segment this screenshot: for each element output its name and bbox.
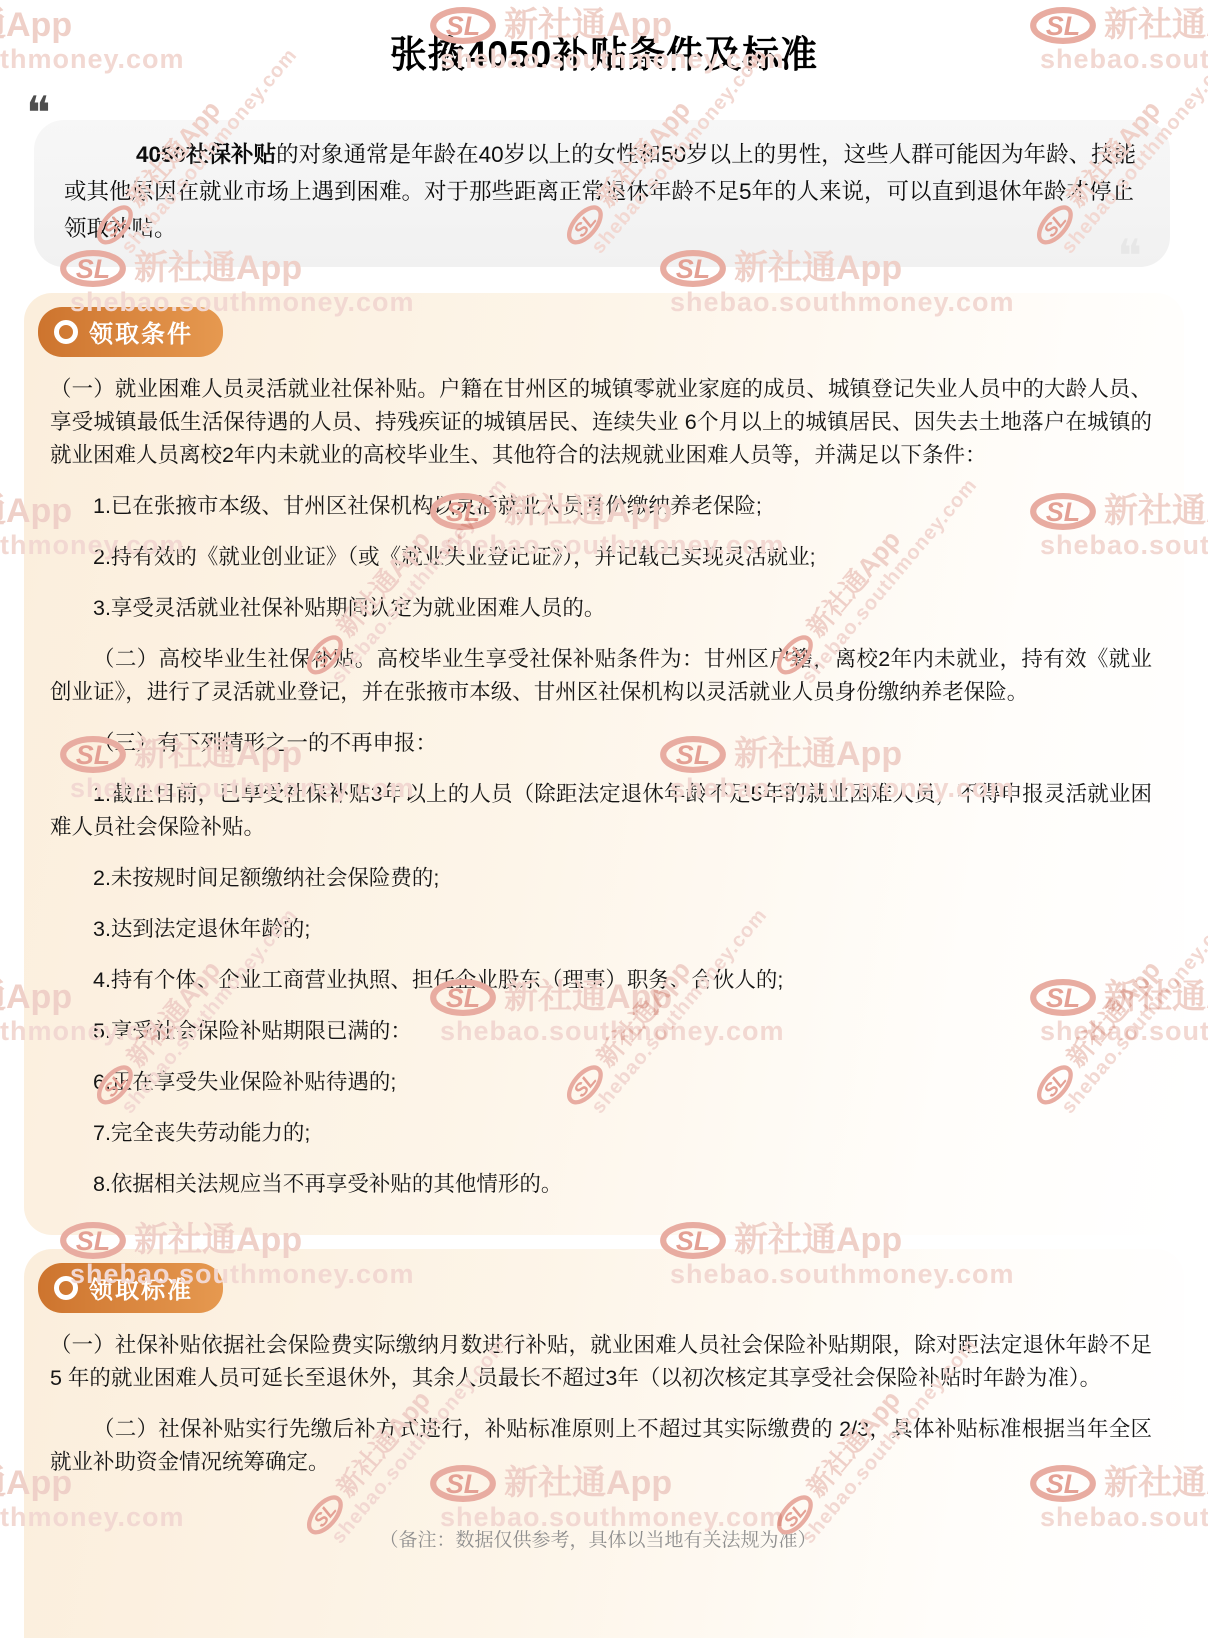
list-item: 2.未按规时间足额缴纳社会保险费的; <box>50 862 1152 895</box>
list-item: 7.完全丧失劳动能力的; <box>50 1117 1152 1150</box>
ring-icon <box>54 1276 78 1300</box>
standards-badge: 领取标准 <box>38 1263 223 1313</box>
list-item: 1.已在张掖市本级、甘州区社保机构以灵活就业人员身份缴纳养老保险; <box>50 490 1152 523</box>
close-quote-icon: ❝ <box>1117 233 1142 279</box>
intro-bold-text: 4050社保补贴 <box>136 142 276 167</box>
list-item: 8.依据相关法规应当不再享受补贴的其他情形的。 <box>50 1168 1152 1201</box>
paragraph: （一）社保补贴依据社会保险费实际缴纳月数进行补贴，就业困难人员社会保险补贴期限，… <box>50 1329 1152 1395</box>
list-item: 3.达到法定退休年龄的; <box>50 913 1152 946</box>
footer-note: （备注：数据仅供参考，具体以当地有关法规为准） <box>38 1525 1158 1552</box>
list-item: 2.持有效的《就业创业证》（或《就业失业登记证》），并记载已实现灵活就业; <box>50 541 1152 574</box>
conditions-badge: 领取条件 <box>38 307 223 357</box>
ring-icon <box>54 320 78 344</box>
page-title: 张掖4050补贴条件及标准 <box>0 0 1208 78</box>
list-item: 3.享受灵活就业社保补贴期间认定为就业困难人员的。 <box>50 592 1152 625</box>
section-standards: 领取标准 （一）社保补贴依据社会保险费实际缴纳月数进行补贴，就业困难人员社会保险… <box>24 1249 1184 1638</box>
paragraph: （二）社保补贴实行先缴后补方式进行，补贴标准原则上不超过其实际缴费的 2/3，具… <box>50 1413 1152 1479</box>
intro-box: 4050社保补贴的对象通常是年龄在40岁以上的女性和50岁以上的男性，这些人群可… <box>34 120 1170 267</box>
intro-paragraph: 4050社保补贴的对象通常是年龄在40岁以上的女性和50岁以上的男性，这些人群可… <box>64 136 1140 247</box>
conditions-badge-label: 领取条件 <box>89 314 193 349</box>
list-item: 6.正在享受失业保险补贴待遇的; <box>50 1066 1152 1099</box>
paragraph: （二）高校毕业生社保补贴。高校毕业生享受社保补贴条件为：甘州区户籍，离校2年内未… <box>50 643 1152 709</box>
page: SL新社通Appshebao.southmoney.comSL新社通Appshe… <box>0 0 1208 1638</box>
list-item: 1.截止目前，已享受社保补贴3年以上的人员（除距法定退休年龄不足5年的就业困难人… <box>50 778 1152 844</box>
standards-badge-label: 领取标准 <box>89 1270 193 1305</box>
paragraph: （三）有下列情形之一的不再申报： <box>50 727 1152 760</box>
section-conditions: 领取条件 （一）就业困难人员灵活就业社保补贴。户籍在甘州区的城镇零就业家庭的成员… <box>24 293 1184 1235</box>
intro-quote-box: ❝ 4050社保补贴的对象通常是年龄在40岁以上的女性和50岁以上的男性，这些人… <box>34 120 1170 267</box>
document-content: 张掖4050补贴条件及标准 ❝ 4050社保补贴的对象通常是年龄在40岁以上的女… <box>0 0 1208 1638</box>
list-item: 4.持有个体、企业工商营业执照、担任企业股东（理事）职务、合伙人的; <box>50 964 1152 997</box>
list-item: 5.享受社会保险补贴期限已满的： <box>50 1015 1152 1048</box>
paragraph: （一）就业困难人员灵活就业社保补贴。户籍在甘州区的城镇零就业家庭的成员、城镇登记… <box>50 373 1152 472</box>
open-quote-icon: ❝ <box>26 90 51 136</box>
